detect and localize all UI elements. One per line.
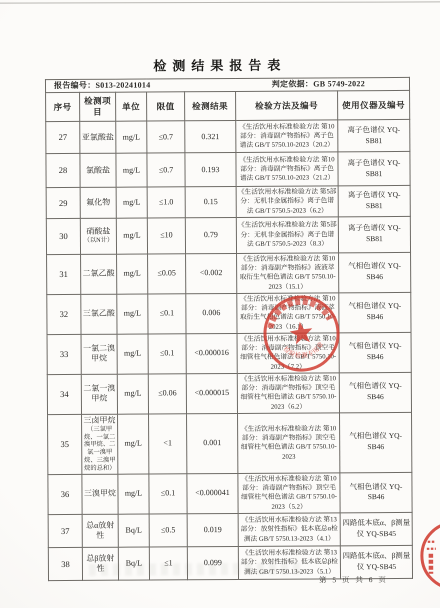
cell-test-item: 三卤甲烷（三氯甲烷、一氯二溴甲烷、二氯一溴甲烷、三溴甲烷的总和） (82, 414, 118, 474)
partial-stamp-right-edge (422, 522, 440, 588)
column-header-6: 使用仪器及编号 (338, 90, 410, 119)
table-row: 29氟化物mg/L≤1.00.15《生活饮用水标准检验方法 第5部分：无机非金属… (46, 185, 410, 218)
cell-result: 0.019 (187, 513, 238, 546)
cell-serial-no: 30 (46, 218, 80, 254)
cell-test-item: 二氯乙酸 (81, 254, 117, 294)
cell-instrument: 气相色谱仪 YQ-SB46 (340, 412, 412, 473)
cell-method: 《生活饮用水标准检验方法 第10部分：消毒副产物指标》离子色谱法 GB/T 57… (236, 152, 338, 187)
cell-result: 0.006 (186, 293, 237, 333)
cell-test-item: 一氯二溴甲烷 (81, 334, 117, 374)
cell-result: <0.000015 (186, 373, 237, 413)
cell-result: 0.001 (187, 413, 238, 473)
cell-instrument: 气相色谱仪 YQ-SB46 (339, 292, 411, 332)
judgment-basis: 判定依据：GB 5749-2022 (272, 79, 365, 90)
cell-instrument: 离子色谱仪 YQ-SB81 (338, 216, 410, 252)
cell-serial-no: 36 (48, 474, 82, 514)
column-header-1: 检测项目 (80, 92, 116, 121)
cell-serial-no: 38 (48, 547, 82, 580)
cell-instrument: 四路低本底α、β测量仪 YQ-SB45 (340, 512, 412, 545)
table-row: 32三氯乙酸mg/L≤0.10.006《生活饮用水标准检验方法 第10部分：消毒… (47, 292, 411, 334)
cell-test-item: 氟化物 (80, 187, 116, 218)
cell-unit: mg/L (118, 474, 149, 514)
cell-unit: Bq/L (118, 514, 149, 547)
cell-unit: mg/L (117, 374, 148, 414)
column-header-4: 检测结果 (185, 91, 236, 120)
table-row: 27亚氯酸盐mg/L≤0.70.321《生活饮用水标准检验方法 第10部分：消毒… (46, 119, 410, 153)
cell-instrument: 气相色谱仪 YQ-SB46 (339, 332, 411, 372)
cell-test-item: 硝酸盐（以N计） (80, 218, 116, 254)
cell-item-note: （三氯甲烷、一氯二溴甲烷、二氯一溴甲烷、三溴甲烷的总和） (83, 425, 116, 472)
table-row: 28氯酸盐mg/L≤0.70.193《生活饮用水标准检验方法 第10部分：消毒副… (46, 151, 410, 187)
cell-method: 《生活饮用水标准检验方法 第10部分：消毒副产物指标》顶空毛细管柱气相色谱法 G… (237, 333, 339, 374)
cell-serial-no: 31 (47, 254, 81, 294)
cell-unit: mg/L (117, 294, 148, 334)
cell-unit: mg/L (116, 218, 147, 254)
cell-instrument: 离子色谱仪 YQ-SB81 (338, 185, 410, 216)
cell-serial-no: 35 (48, 414, 82, 474)
column-header-3: 限值 (147, 92, 185, 121)
cell-test-item: 氯酸盐 (80, 153, 116, 187)
cell-result: 0.79 (185, 217, 236, 253)
cell-limit: <1 (149, 414, 187, 474)
cell-limit: ≤0.7 (147, 121, 185, 153)
cell-result: <0.000041 (187, 473, 238, 513)
cell-test-item: 三氯乙酸 (81, 294, 117, 334)
cell-method: 《生活饮用水标准检验方法 第5部分：无机非金属指标》离子色谱法 GB/T 575… (236, 217, 338, 254)
report-number: 报告编号：S013-20241014 (54, 80, 151, 91)
cell-test-item: 三溴甲烷 (82, 474, 118, 514)
cell-result: <0.000016 (186, 333, 237, 373)
cell-test-item: 总α放射性 (82, 514, 118, 547)
cell-limit: ≤0.1 (148, 334, 186, 374)
table-row: 36三溴甲烷mg/L≤0.1<0.000041《生活饮用水标准检验方法 第10部… (48, 472, 412, 514)
report-sheet: 检测结果报告表 报告编号：S013-20241014 判定依据：GB 5749-… (0, 0, 440, 608)
table-row: 33一氯二溴甲烷mg/L≤0.1<0.000016《生活饮用水标准检验方法 第1… (47, 332, 411, 374)
cell-serial-no: 29 (46, 187, 80, 218)
cell-serial-no: 33 (47, 334, 81, 374)
page-number: 第 5 页 共 6 页 (319, 574, 388, 585)
cell-limit: ≤0.1 (148, 294, 186, 334)
table-header-row: 序号检测项目单位限值检测结果检验方法及编号使用仪器及编号 (46, 90, 410, 121)
cell-result: 0.193 (185, 152, 236, 186)
cell-instrument: 气相色谱仪 YQ-SB46 (340, 472, 412, 512)
cell-limit: ≤10 (147, 218, 185, 254)
table-row: 34二氯一溴甲烷mg/L≤0.06<0.000015《生活饮用水标准检验方法 第… (47, 372, 411, 414)
results-table: 报告编号：S013-20241014 判定依据：GB 5749-2022 序号检… (45, 77, 413, 581)
cell-limit: ≤0.7 (147, 153, 185, 187)
cell-method: 《生活饮用水标准检验方法 第5部分：无机非金属指标》离子色谱法 GB/T 575… (236, 186, 338, 217)
cell-method: 《生活饮用水标准检验方法 第10部分：消毒副产物指标》顶空毛细管柱气相色谱法 G… (237, 373, 339, 414)
table-row: 31二氯乙酸mg/L≤0.05<0.002《生活饮用水标准检验方法 第10部分：… (47, 252, 411, 294)
table-row: 35三卤甲烷（三氯甲烷、一氯二溴甲烷、二氯一溴甲烷、三溴甲烷的总和）mg/L<1… (48, 412, 412, 474)
cell-test-item: 亚氯酸盐 (80, 121, 116, 153)
table-row: 37总α放射性Bq/L≤0.50.019《生活饮用水标准检验方法 第13部分：放… (48, 512, 412, 547)
cell-serial-no: 37 (48, 514, 82, 547)
column-header-5: 检验方法及编号 (236, 91, 338, 121)
cell-method: 《生活饮用水标准检验方法 第10部分：消毒副产物指标》液液萃取衍生气相色谱法 G… (237, 253, 339, 294)
cell-result: 0.15 (185, 186, 236, 217)
cell-unit: mg/L (116, 187, 147, 218)
cell-method: 《生活饮用水标准检验方法 第13部分：放射性指标》低本底总α检测法 GB/T 5… (238, 513, 340, 547)
cell-unit: mg/L (117, 334, 148, 374)
cell-method: 《生活饮用水标准检验方法 第10部分：消毒副产物指标》顶空毛细管柱气相色谱法 G… (238, 473, 340, 514)
ink-bleed-through (89, 563, 304, 576)
cell-method: 《生活饮用水标准检验方法 第10部分：消毒副产物指标》顶空毛细管柱气相色谱法 G… (238, 413, 340, 474)
cell-serial-no: 28 (46, 153, 80, 187)
cell-item-note: （以N计） (82, 237, 115, 245)
column-header-2: 单位 (116, 92, 147, 121)
table-row: 30硝酸盐（以N计）mg/L≤100.79《生活饮用水标准检验方法 第5部分：无… (46, 216, 410, 254)
column-header-0: 序号 (46, 92, 80, 121)
cell-limit: ≤0.06 (148, 374, 186, 414)
cell-result: <0.002 (186, 253, 237, 293)
cell-serial-no: 27 (46, 121, 80, 153)
cell-method: 《生活饮用水标准检验方法 第10部分：消毒副产物指标》液液萃取衍生气相色谱法 G… (237, 293, 339, 334)
cell-limit: ≤0.1 (149, 474, 187, 514)
cell-unit: mg/L (117, 254, 148, 294)
cell-result: 0.321 (185, 120, 236, 152)
cell-test-item: 二氯一溴甲烷 (81, 374, 117, 414)
cell-unit: mg/L (116, 121, 147, 153)
cell-unit: mg/L (116, 153, 147, 187)
cell-method: 《生活饮用水标准检验方法 第10部分：消毒副产物指标》离子色谱法 GB/T 57… (236, 120, 338, 153)
cell-limit: ≤0.5 (149, 514, 187, 547)
cell-instrument: 气相色谱仪 YQ-SB46 (339, 252, 411, 292)
cell-serial-no: 32 (47, 294, 81, 334)
cell-instrument: 离子色谱仪 YQ-SB81 (338, 151, 410, 185)
cell-instrument: 离子色谱仪 YQ-SB81 (338, 119, 410, 151)
cell-serial-no: 34 (47, 374, 81, 414)
cell-limit: ≤1.0 (147, 187, 185, 218)
cell-limit: ≤0.05 (148, 254, 186, 294)
cell-unit: mg/L (118, 414, 149, 474)
cell-instrument: 气相色谱仪 YQ-SB46 (339, 372, 411, 412)
page-title: 检测结果报告表 (0, 54, 440, 76)
